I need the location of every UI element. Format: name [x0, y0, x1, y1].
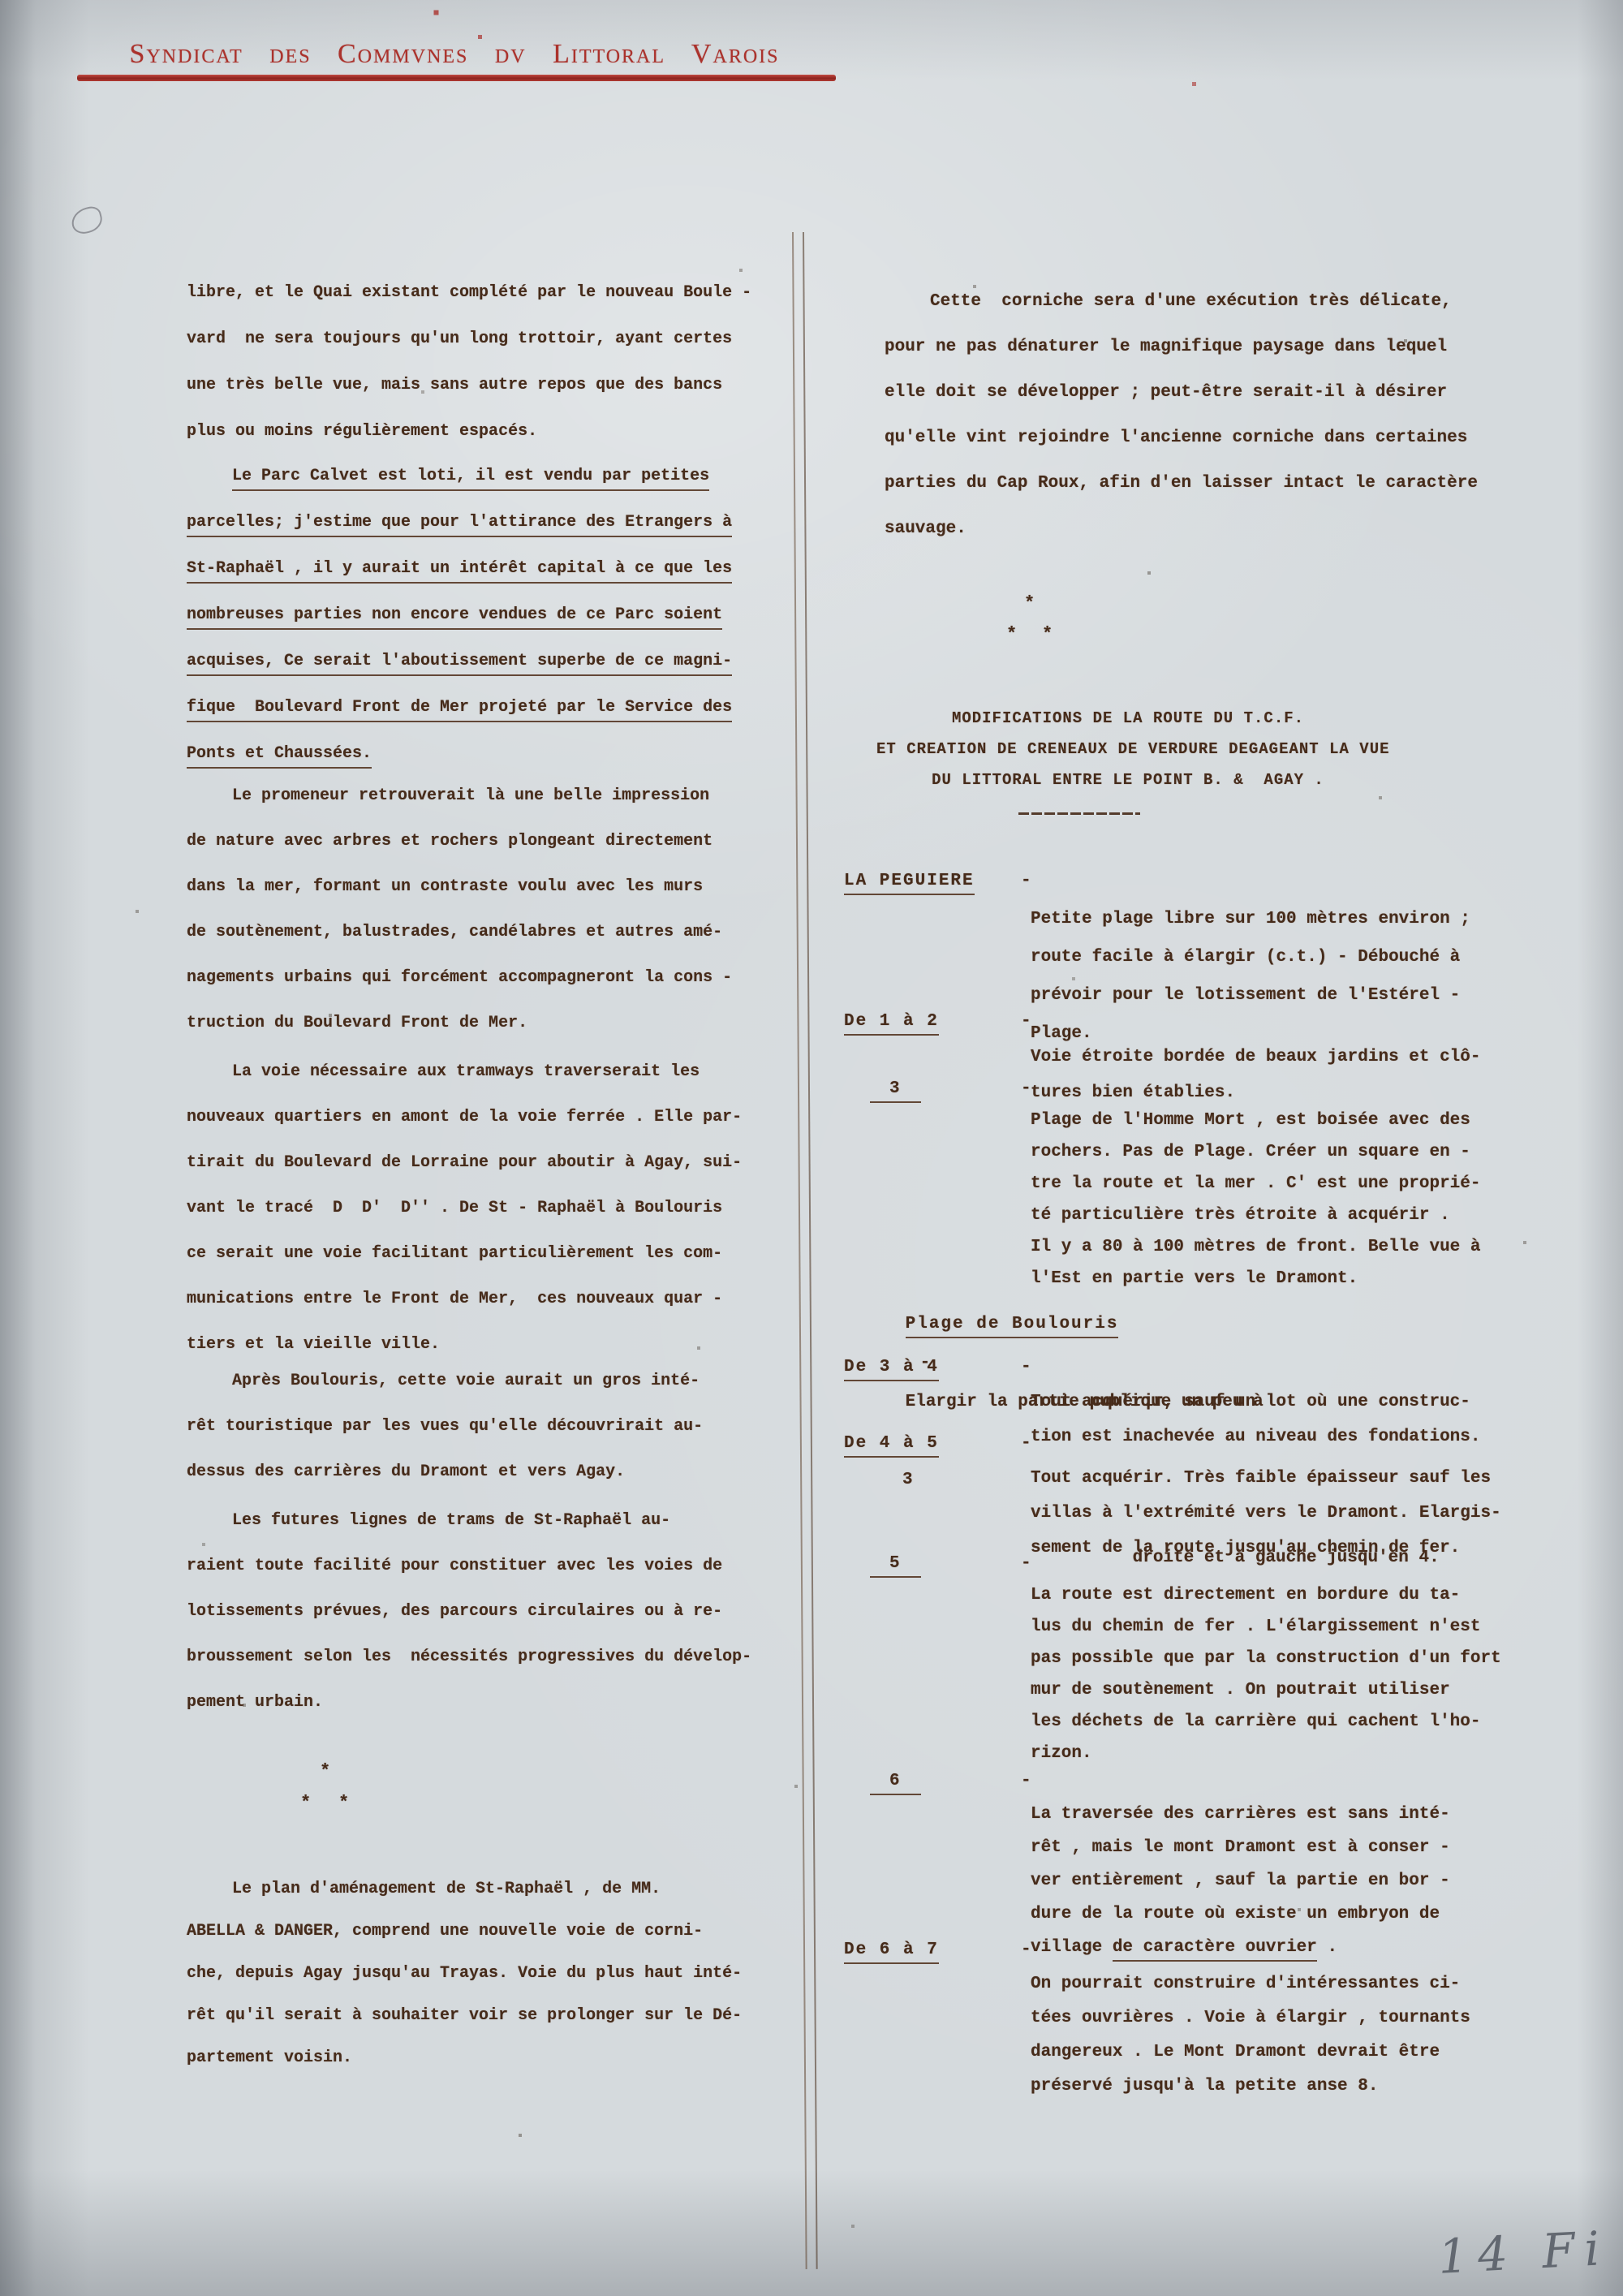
dash-separator: - — [1021, 1073, 1031, 1105]
handwritten-archive-mark: 14 Fi 10 — [1436, 2215, 1623, 2285]
text-line: qu'elle vint rejoindre l'ancienne cornic… — [885, 416, 1542, 461]
text-line: La voie nécessaire aux tramways traverse… — [187, 1049, 763, 1095]
red-ink-specks — [0, 0, 2, 2]
text-line: broussement selon les nécessités progres… — [187, 1635, 763, 1680]
list-item-point-3: 3 - Plage de l'Homme Mort , est boisée a… — [844, 1073, 1582, 1294]
text-line: de nature avec arbres et rochers plongea… — [187, 819, 763, 864]
text-line: ce serait une voie facilitant particuliè… — [187, 1231, 763, 1277]
text-line: ABELLA & DANGER, comprend une nouvelle v… — [187, 1910, 763, 1953]
text-line: elle doit se développer ; peut-être sera… — [885, 370, 1542, 416]
paragraph-corniche: Cette corniche sera d'une exécution très… — [885, 279, 1542, 552]
dash-separator: - — [1021, 1426, 1031, 1461]
paragraph-promeneur: Le promeneur retrouverait là une belle i… — [187, 773, 763, 1046]
text-line: parcelles; j'estime que pour l'attirance… — [187, 499, 763, 545]
column-divider-rule — [792, 232, 818, 2269]
text-line: té particulière très étroite à acquérir … — [1031, 1200, 1582, 1231]
dash-separator: - — [1021, 862, 1031, 900]
pencil-mark-icon — [69, 205, 105, 236]
text-line: dangereux . Le Mont Dramont devrait être — [1031, 2035, 1582, 2070]
list-item-de-6-a-7: De 6 à 7 - On pourrait construire d'inté… — [844, 1933, 1582, 2104]
text-line: lotissements prévues, des parcours circu… — [187, 1589, 763, 1635]
text-line: une très belle vue, mais sans autre repo… — [187, 362, 763, 408]
text-line: mur de soutènement . On poutrait utilise… — [1031, 1674, 1582, 1706]
asterisk-glyph: * — [300, 1793, 311, 1813]
text-line: Les futures lignes de trams de St-Raphaë… — [187, 1498, 763, 1544]
text-line: villas à l'extrémité vers le Dramont. El… — [1031, 1496, 1582, 1531]
text-line: Après Boulouris, cette voie aurait un gr… — [187, 1359, 763, 1404]
text-line: de soutènement, balustrades, candélabres… — [187, 910, 763, 955]
title-underline-rule — [77, 75, 836, 81]
paragraph-plan-amenagement: Le plan d'aménagement de St-Raphaël , de… — [187, 1868, 763, 2079]
heading-line: DU LITTORAL ENTRE LE POINT B. & AGAY . — [876, 765, 1380, 795]
text-line: On pourrait construire d'intéressantes c… — [1031, 1967, 1582, 2001]
text-line: tées ouvrières . Voie à élargir , tourna… — [1031, 2001, 1582, 2035]
text-line: St-Raphaël , il y aurait un intérêt capi… — [187, 545, 763, 592]
text-line: La route est directement en bordure du t… — [1031, 1579, 1582, 1611]
asterisk-glyph: * — [1042, 624, 1053, 644]
text-line: Le promeneur retrouverait là une belle i… — [187, 773, 763, 819]
paragraph-parc-calvet: Le Parc Calvet est loti, il est vendu pa… — [187, 453, 763, 777]
paragraph-tramways: La voie nécessaire aux tramways traverse… — [187, 1049, 763, 1368]
heading-line: ET CREATION DE CRENEAUX DE VERDURE DEGAG… — [876, 734, 1380, 765]
heading-line: MODIFICATIONS DE LA ROUTE DU T.C.F. — [876, 703, 1380, 734]
text-line: La traversée des carrières est sans inté… — [1031, 1798, 1582, 1831]
list-item-de-4-a-5: De 4 à 5 - Tout acquérir. Très faible ép… — [844, 1426, 1582, 1566]
text-line: dans la mer, formant un contraste voulu … — [187, 864, 763, 910]
list-item-label: De 3 à 4 — [844, 1358, 939, 1381]
list-item-body: La route est directement en bordure du t… — [1031, 1579, 1582, 1769]
text-line: tirait du Boulevard de Lorraine pour abo… — [187, 1140, 763, 1186]
list-item-label: De 6 à 7 — [844, 1941, 939, 1964]
text-line: nagements urbains qui forcément accompag… — [187, 955, 763, 1001]
text-line: Il y a 80 à 100 mètres de front. Belle v… — [1031, 1231, 1582, 1263]
scanned-document-page: Syndicat des Commvnes dv Littoral Varois… — [0, 0, 1623, 2296]
text-line: pour ne pas dénaturer le magnifique pays… — [885, 325, 1542, 370]
text-line: che, depuis Agay jusqu'au Trayas. Voie d… — [187, 1953, 763, 1995]
text-line: Cette corniche sera d'une exécution très… — [885, 279, 1542, 325]
asterisk-glyph: * — [338, 1793, 349, 1813]
list-item-label: LA PEGUIERE — [844, 872, 975, 895]
text-line: lus du chemin de fer . L'élargissement n… — [1031, 1611, 1582, 1643]
list-item-label: 3 — [870, 1079, 921, 1103]
text-line: truction du Boulevard Front de Mer. — [187, 1001, 763, 1046]
text-line: Voie étroite bordée de beaux jardins et … — [1031, 1040, 1582, 1075]
paragraph-trams-futurs: Les futures lignes de trams de St-Raphaë… — [187, 1498, 763, 1725]
list-item-label: 6 — [870, 1772, 921, 1795]
dash-separator: - — [1021, 1933, 1031, 1967]
dash-separator: - — [1021, 1004, 1031, 1040]
text-line: dure de la route où existe un embryon de — [1031, 1898, 1582, 1931]
text-line: Tout acquérir, sauf un lot où une constr… — [1031, 1385, 1582, 1419]
text-line: Tout acquérir. Très faible épaisseur sau… — [1031, 1461, 1582, 1496]
text-line: pement urbain. — [187, 1680, 763, 1725]
text-line: ver entièrement , sauf la partie en bor … — [1031, 1864, 1582, 1898]
list-item-label: De 1 à 2 — [844, 1012, 939, 1036]
page-title: Syndicat des Commvnes dv Littoral Varois — [114, 39, 795, 70]
text-line: fique Boulevard Front de Mer projeté par… — [187, 684, 763, 730]
text-line: rêt , mais le mont Dramont est à conser … — [1031, 1831, 1582, 1864]
text-line: les déchets de la carrière qui cachent l… — [1031, 1706, 1582, 1738]
text-line: partement voisin. — [187, 2037, 763, 2079]
text-line: munications entre le Front de Mer, ces n… — [187, 1277, 763, 1322]
text-line: rochers. Pas de Plage. Créer un square e… — [1031, 1136, 1582, 1168]
dash-separator: - — [1021, 1764, 1031, 1798]
text-line: vard ne sera toujours qu'un long trottoi… — [187, 316, 763, 362]
asterisk-glyph: * — [1006, 624, 1017, 644]
text-line: Plage de l'Homme Mort , est boisée avec … — [1031, 1105, 1582, 1136]
dash-separator: - — [1021, 1350, 1031, 1385]
text-line: route facile à élargir (c.t.) - Débouché… — [1031, 938, 1582, 976]
section-heading: MODIFICATIONS DE LA ROUTE DU T.C.F. ET C… — [876, 703, 1380, 795]
text-line: pas possible que par la construction d'u… — [1031, 1643, 1582, 1674]
text-line: vant le tracé D D' D'' . De St - Raphaël… — [187, 1186, 763, 1231]
paragraph-apres-boulouris: Après Boulouris, cette voie aurait un gr… — [187, 1359, 763, 1495]
text-line: acquises, Ce serait l'aboutissement supe… — [187, 638, 763, 684]
text-line: libre, et le Quai existant complété par … — [187, 269, 763, 316]
text-line: Le plan d'aménagement de St-Raphaël , de… — [187, 1868, 763, 1910]
text-line: rêt touristique par les vues qu'elle déc… — [187, 1404, 763, 1450]
text-line: raient toute facilité pour constituer av… — [187, 1544, 763, 1589]
list-item-point-5: 5 - La route est directement en bordure … — [844, 1548, 1582, 1769]
text-line: rêt qu'il serait à souhaiter voir se pro… — [187, 1995, 763, 2037]
list-item-label: De 4 à 5 — [844, 1434, 939, 1458]
text-line: Ponts et Chaussées. — [187, 730, 763, 777]
text-line: préservé jusqu'à la petite anse 8. — [1031, 2070, 1582, 2104]
text-line: sauvage. — [885, 506, 1542, 552]
list-item-label: 5 — [870, 1554, 921, 1578]
text-line: plus ou moins régulièrement espacés. — [187, 408, 763, 454]
asterisk-glyph: * — [320, 1761, 330, 1781]
text-line: nombreuses parties non encore vendues de… — [187, 592, 763, 638]
heading-underline-rule — [1018, 812, 1140, 815]
text-line: dessus des carrières du Dramont et vers … — [187, 1450, 763, 1495]
paragraph-quai: libre, et le Quai existant complété par … — [187, 269, 763, 454]
text-line: tre la route et la mer . C' est une prop… — [1031, 1168, 1582, 1200]
text-line: Le Parc Calvet est loti, il est vendu pa… — [187, 453, 763, 499]
asterisk-glyph: * — [1024, 593, 1035, 614]
text-line: Petite plage libre sur 100 mètres enviro… — [1031, 900, 1582, 938]
text-line: parties du Cap Roux, afin d'en laisser i… — [885, 461, 1542, 506]
dash-separator: - — [1021, 1548, 1031, 1579]
list-item-body: On pourrait construire d'intéressantes c… — [1031, 1967, 1582, 2104]
text-line: nouveaux quartiers en amont de la voie f… — [187, 1095, 763, 1140]
list-item-label: Plage de Boulouris — [906, 1315, 1119, 1338]
